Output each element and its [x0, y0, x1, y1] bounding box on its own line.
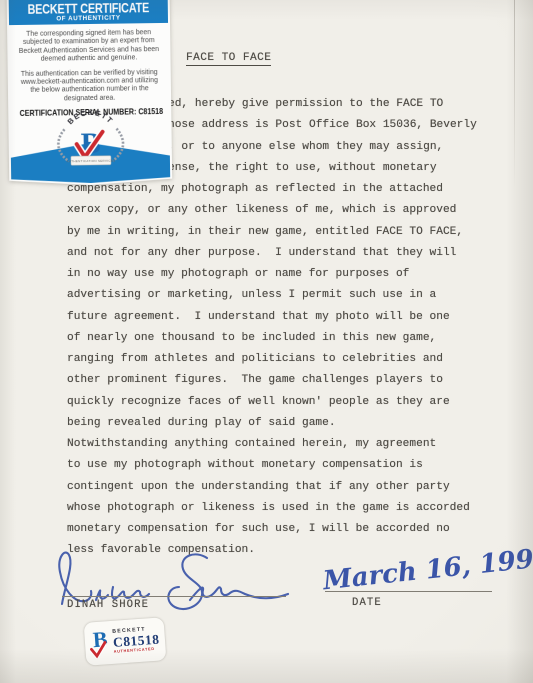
letter-line: Notwithstanding anything contained herei…	[67, 437, 507, 458]
letter-line: by me in writing, in their new game, ent…	[67, 225, 507, 246]
scanned-document-photo: FACE TO FACE ed, hereby give permission …	[0, 0, 533, 683]
letter-line: xerox copy, or any other likeness of me,…	[67, 203, 507, 224]
serial-value: C81518	[138, 107, 163, 116]
letter-line: quickly recognize faces of well known' p…	[67, 395, 507, 416]
letter-line: to use my photograph without monetary co…	[67, 458, 507, 479]
label-status: AUTHENTICATED	[114, 648, 161, 655]
wreath-brand-text: BECKETT	[65, 108, 115, 127]
beckett-wreath-logo: BECKETT B AUTHENTICATION SERVICES	[49, 104, 132, 169]
certificate-header: BECKETT CERTIFICATE OF AUTHENTICITY	[9, 0, 168, 25]
signature-line	[62, 596, 286, 597]
letter-line: being revealed during play of said game.	[67, 416, 507, 437]
beckett-authentication-label: B BECKETT C81518 AUTHENTICATED	[84, 617, 167, 665]
handwritten-date-ink: March 16, 1992	[318, 549, 513, 607]
letter-line: whose photograph or likeness is used in …	[67, 501, 507, 522]
certificate-paragraph: This authentication can be verified by v…	[16, 69, 163, 105]
checkmark-icon	[88, 640, 109, 659]
letter-line: of nearly one thousand to be included in…	[67, 331, 507, 352]
letter-line: monetary compensation for such use, I wi…	[67, 522, 507, 543]
letter-line: ranging from athletes and politicians to…	[67, 352, 507, 373]
certificate-subtitle: OF AUTHENTICITY	[15, 14, 161, 23]
letter-line: and not for any dher purpose. I understa…	[67, 246, 507, 267]
paper-crease	[514, 0, 515, 190]
beckett-certificate-sticker: BECKETT CERTIFICATE OF AUTHENTICITY The …	[7, 0, 173, 192]
letter-line: advertising or marketing, unless I permi…	[67, 288, 507, 309]
letter-line: future agreement. I understand that my p…	[67, 310, 507, 331]
letter-line: contingent upon the understanding that i…	[67, 480, 507, 501]
letter-line: other prominent figures. The game challe…	[67, 373, 507, 394]
handwritten-date-text: March 16, 1992	[321, 543, 533, 597]
letter-line: in no way use my photograph or name for …	[67, 267, 507, 288]
wreath-banner-text: AUTHENTICATION SERVICES	[66, 159, 115, 164]
date-label: DATE	[352, 597, 382, 609]
laurel-left	[58, 129, 69, 161]
laurel-right	[112, 129, 123, 161]
letter-title: FACE TO FACE	[186, 52, 271, 66]
beckett-b-logo: B	[90, 627, 111, 660]
date-line	[325, 591, 492, 592]
label-text-column: BECKETT C81518 AUTHENTICATED	[112, 627, 160, 655]
certificate-paragraph: The corresponding signed item has been s…	[15, 29, 162, 65]
svg-text:BECKETT: BECKETT	[65, 108, 115, 127]
typed-signer-name: DINAH SHORE	[67, 599, 149, 611]
